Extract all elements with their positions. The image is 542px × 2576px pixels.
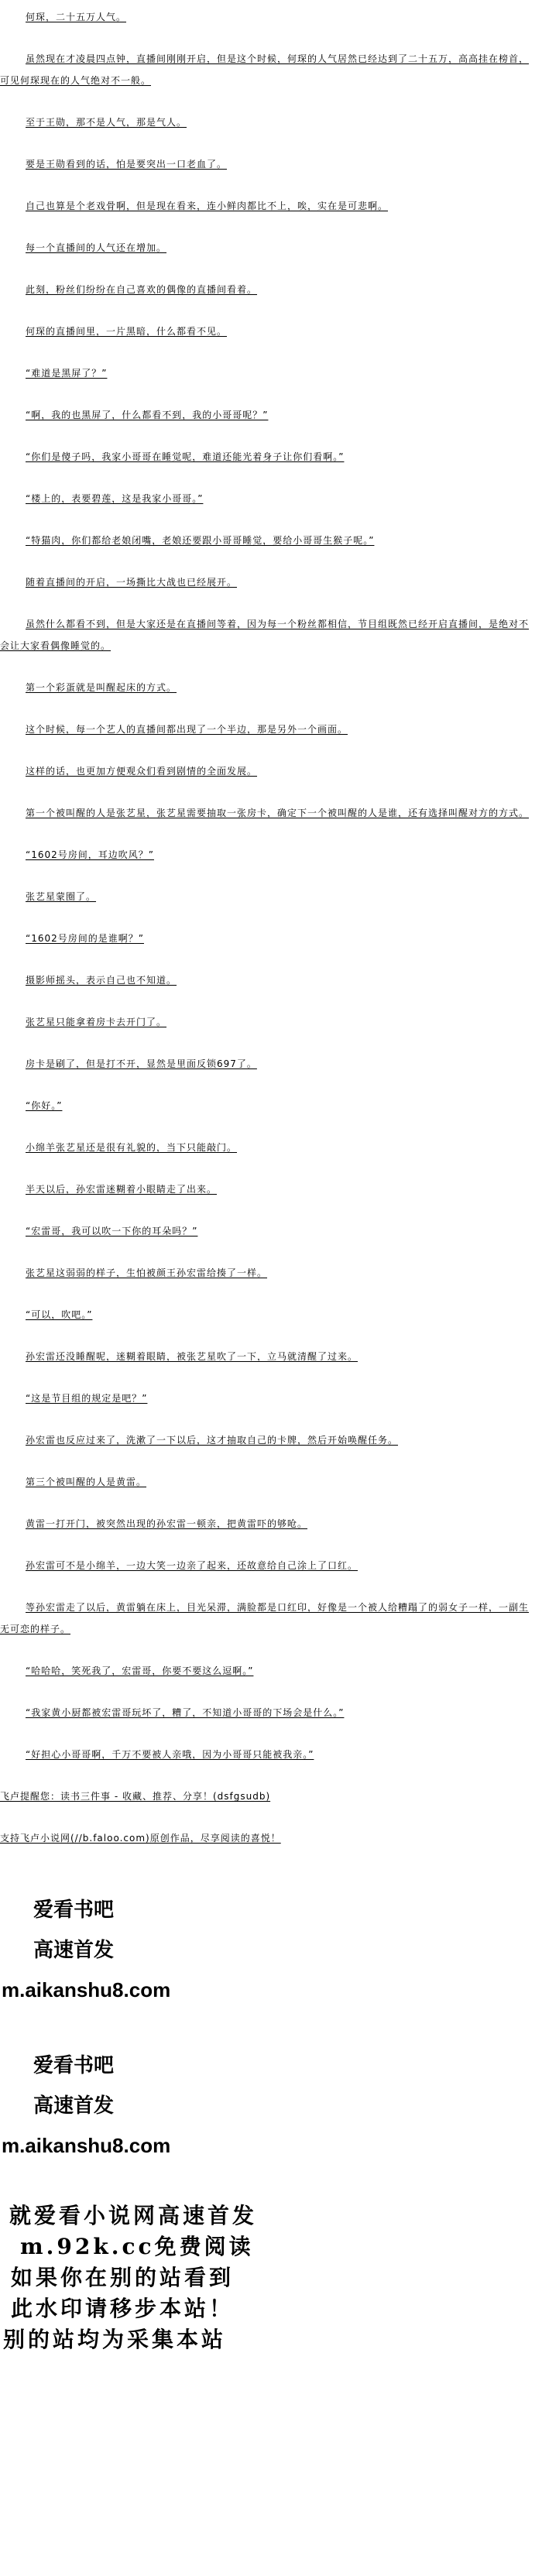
paragraph: 此刻，粉丝们纷纷在自己喜欢的偶像的直播间看着。 — [0, 279, 534, 300]
watermark-tagline: 高速首发 — [0, 1929, 542, 1970]
promo-line: m.92k.cc免费阅读 — [0, 2231, 542, 2262]
watermark-tagline: 高速首发 — [0, 2085, 542, 2125]
paragraph: 第一个彩蛋就是叫醒起床的方式。 — [0, 677, 534, 698]
paragraph: 小绵羊张艺星还是很有礼貌的，当下只能敲门。 — [0, 1137, 534, 1158]
paragraph: 虽然现在才凌晨四点钟，直播间刚刚开启，但是这个时候，何琛的人气居然已经达到了二十… — [0, 48, 534, 91]
promo-watermark: 就爱看小说网高速首发 m.92k.cc免费阅读 如果你在别的站看到 此水印请移步… — [0, 2200, 542, 2355]
paragraph: 第三个被叫醒的人是黄雷。 — [0, 1471, 534, 1493]
paragraph: “好担心小哥哥啊，千万不要被人亲哦，因为小哥哥只能被我亲。” — [0, 1744, 534, 1765]
paragraph: “我家黄小厨都被宏雷哥玩坏了，糟了，不知道小哥哥的下场会是什么。” — [0, 1702, 534, 1724]
paragraph: 这个时候，每一个艺人的直播间都出现了一个半边，那是另外一个画面。 — [0, 719, 534, 740]
watermark-block: 爱看书吧 高速首发 m.aikanshu8.com — [0, 2045, 542, 2166]
paragraph: “你们是傻子吗，我家小哥哥在睡觉呢，难道还能光着身子让你们看啊。” — [0, 446, 534, 468]
paragraph: 虽然什么都看不到，但是大家还是在直播间等着，因为每一个粉丝都相信，节目组既然已经… — [0, 613, 534, 657]
paragraph: 这样的话，也更加方便观众们看到剧情的全面发展。 — [0, 760, 534, 782]
paragraph: 半天以后，孙宏雷迷糊着小眼睛走了出来。 — [0, 1178, 534, 1200]
watermark-block: 爱看书吧 高速首发 m.aikanshu8.com — [0, 1889, 542, 2010]
paragraph: 黄雷一打开门，被突然出现的孙宏雷一顿亲，把黄雷吓的够呛。 — [0, 1513, 534, 1535]
paragraph: 随着直播间的开启，一场撕比大战也已经展开。 — [0, 571, 534, 593]
paragraph: “哈哈哈，笑死我了，宏雷哥，你要不要这么逗啊。” — [0, 1660, 534, 1682]
paragraph: 张艺星蒙圈了。 — [0, 886, 534, 907]
watermark-site-name: 爱看书吧 — [0, 2045, 542, 2085]
promo-line: 别的站均为采集本站 — [0, 2324, 542, 2355]
paragraph: “1602号房间的是谁啊？” — [0, 928, 534, 949]
paragraph: 第一个被叫醒的人是张艺星，张艺星需要抽取一张房卡，确定下一个被叫醒的人是谁，还有… — [0, 802, 534, 824]
watermark-url: m.aikanshu8.com — [0, 2125, 542, 2166]
paragraph: 房卡是刷了，但是打不开，显然是里面反锁697了。 — [0, 1053, 534, 1075]
paragraph: “特猫肉，你们都给老娘闭嘴，老娘还要跟小哥哥睡觉，要给小哥哥生猴子呢。” — [0, 530, 534, 551]
promo-line: 此水印请移步本站！ — [0, 2293, 542, 2324]
paragraph: “啊，我的也黑屏了，什么都看不到，我的小哥哥呢？” — [0, 404, 534, 426]
paragraph: 自己也算是个老戏骨啊，但是现在看来，连小鲜肉都比不上，唉，实在是可悲啊。 — [0, 195, 534, 217]
footer-note-support: 支持飞卢小说网(//b.faloo.com)原创作品，尽享阅读的喜悦！ — [0, 1827, 534, 1849]
paragraph: “宏雷哥，我可以吹一下你的耳朵吗？” — [0, 1220, 534, 1242]
paragraph: “1602号房间，耳边吹风？” — [0, 844, 534, 866]
paragraph: 张艺星只能拿着房卡去开门了。 — [0, 1011, 534, 1033]
paragraph: 孙宏雷也反应过来了，洗漱了一下以后，这才抽取自己的卡牌，然后开始唤醒任务。 — [0, 1429, 534, 1451]
chapter-body: 何琛，二十五万人气。 虽然现在才凌晨四点钟，直播间刚刚开启，但是这个时候，何琛的… — [0, 0, 542, 1849]
watermark-section: 爱看书吧 高速首发 m.aikanshu8.com 爱看书吧 高速首发 m.ai… — [0, 1889, 542, 2166]
paragraph: 摄影师摇头，表示自己也不知道。 — [0, 969, 534, 991]
paragraph: “这是节目组的规定是吧？” — [0, 1387, 534, 1409]
paragraph: “难道是黑屏了？” — [0, 362, 534, 384]
promo-line: 就爱看小说网高速首发 — [0, 2200, 542, 2231]
paragraph: “楼上的，表要碧莲，这是我家小哥哥。” — [0, 488, 534, 509]
promo-line: 如果你在别的站看到 — [0, 2262, 542, 2293]
watermark-site-name: 爱看书吧 — [0, 1889, 542, 1929]
paragraph: 张艺星这弱弱的样子，生怕被颜王孙宏雷给揍了一样。 — [0, 1262, 534, 1284]
paragraph: 要是王勋看到的话，怕是要突出一口老血了。 — [0, 153, 534, 175]
paragraph: 等孙宏雷走了以后，黄雷躺在床上，目光呆滞，满脸都是口红印，好像是一个被人给糟蹋了… — [0, 1597, 534, 1640]
paragraph: 至于王勋，那不是人气，那是气人。 — [0, 111, 534, 133]
paragraph: 每一个直播间的人气还在增加。 — [0, 237, 534, 259]
paragraph: 孙宏雷可不是小绵羊，一边大笑一边亲了起来，还故意给自己涂上了口红。 — [0, 1555, 534, 1576]
paragraph: 孙宏雷还没睡醒呢，迷糊着眼睛，被张艺星吹了一下，立马就清醒了过来。 — [0, 1346, 534, 1367]
paragraph: “可以，吹吧。” — [0, 1304, 534, 1326]
paragraph: 何琛的直播间里，一片黑暗，什么都看不见。 — [0, 321, 534, 342]
watermark-url: m.aikanshu8.com — [0, 1970, 542, 2010]
paragraph: “你好。” — [0, 1095, 534, 1116]
paragraph: 何琛，二十五万人气。 — [0, 6, 534, 28]
footer-note-share: 飞卢提醒您：读书三件事 - 收藏、推荐、分享！(dsfgsudb) — [0, 1785, 534, 1807]
